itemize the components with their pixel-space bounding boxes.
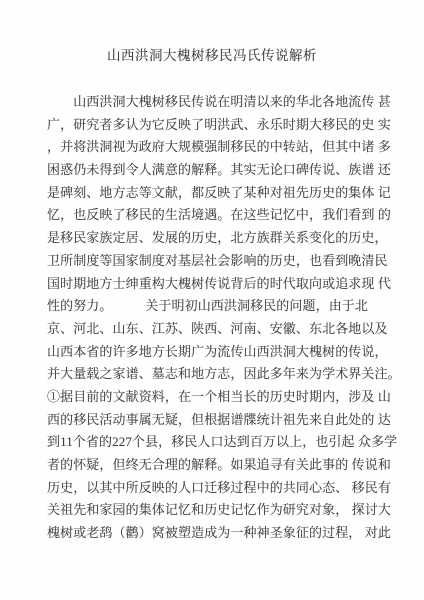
body-line: ①据目前的文献资料，在一个相当长的历史时期内，涉及 山 <box>47 386 396 409</box>
document-body: 山西洪洞大槐树移民传说在明清以来的华北各地流传 甚 广，研究者多认为它反映了明洪… <box>0 64 424 545</box>
body-line: 广，研究者多认为它反映了明洪武、永乐时期大移民的史 实 <box>47 114 396 137</box>
body-line: 京、河北、山东、江苏、陕西、河南、安徽、东北各地以及 <box>47 318 396 341</box>
body-line: 历史，以其中所反映的人口迁移过程中的共同心态、 移民有 <box>47 477 396 500</box>
body-line: ，并将洪洞视为政府大规模强制移民的中转站，但其中诸 多 <box>47 136 396 159</box>
body-line: 是碑刻、地方志等文献，都反映了某种对祖先历史的集体 记 <box>47 182 396 205</box>
body-line: 山西本省的许多地方长期广为流传山西洪洞大槐树的传说， <box>47 341 396 364</box>
body-line: 到11个省的227个县，移民人口达到百万以上，也引起 众多学 <box>47 431 396 454</box>
document-page: 山西洪洞大槐树移民冯氏传说解析 山西洪洞大槐树移民传说在明清以来的华北各地流传 … <box>0 0 424 600</box>
body-line: 困惑仍未得到令人满意的解释。其实无论口碑传说、族谱 还 <box>47 159 396 182</box>
body-line: 忆，也反映了移民的生活境遇。在这些记忆中，我们看到 的 <box>47 204 396 227</box>
body-line: 性的努力。 关于明初山西洪洞移民的问题，由于北 <box>47 295 396 318</box>
body-line: 槐树或老鸹（鹳）窝被塑造成为一种神圣象征的过程， 对此 <box>47 522 396 545</box>
body-line: 卫所制度等国家制度对基层社会影响的历史，也看到晚清民 <box>47 250 396 273</box>
body-line: 者的怀疑，但终无合理的解释。如果追寻有关此事的 传说和 <box>47 454 396 477</box>
body-line: 关祖先和家园的集体记忆和历史记忆作为研究对象， 探讨大 <box>47 499 396 522</box>
body-line: 国时期地方士绅重构大槐树传说背后的时代取向或追求现 代 <box>47 273 396 296</box>
body-line: 西的移民活动事属无疑，但根据谱牒统计祖先来自此处的 达 <box>47 409 396 432</box>
body-line: 山西洪洞大槐树移民传说在明清以来的华北各地流传 甚 <box>47 91 396 114</box>
body-line: 并大量载之家谱、墓志和地方志，因此多年来为学术界关注。 <box>47 363 396 386</box>
document-title: 山西洪洞大槐树移民冯氏传说解析 <box>0 0 424 64</box>
body-line: 是移民家族定居、发展的历史，北方族群关系变化的历史， <box>47 227 396 250</box>
